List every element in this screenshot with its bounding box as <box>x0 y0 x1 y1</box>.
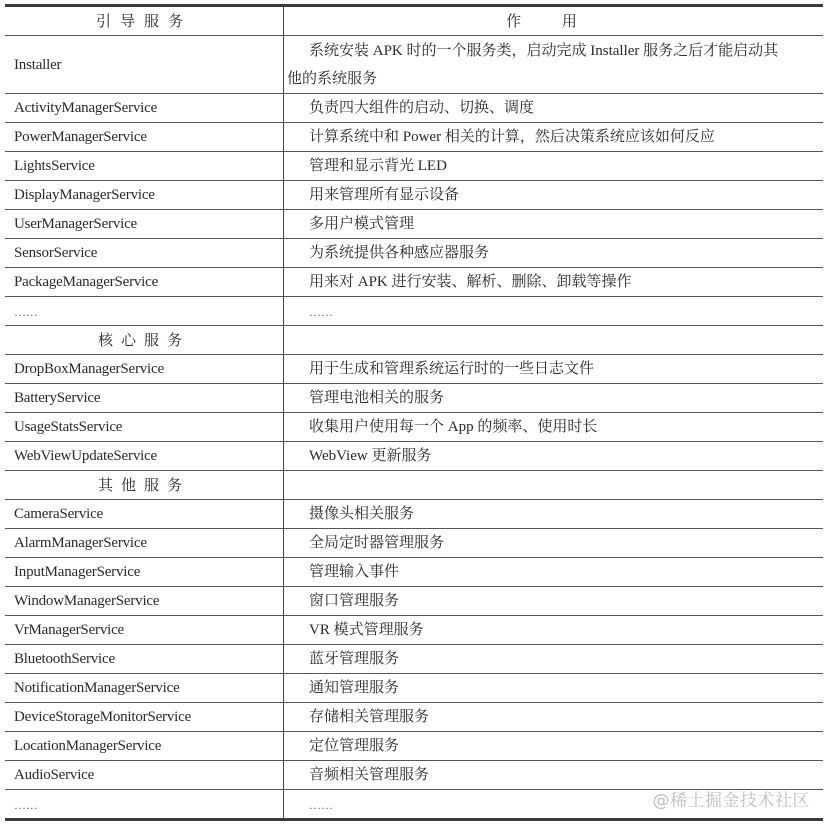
service-name: BatteryService <box>5 384 284 412</box>
table-row-ellipsis: …… …… <box>5 296 823 325</box>
service-description: WebView 更新服务 <box>284 442 823 470</box>
service-name: UserManagerService <box>5 210 284 238</box>
section-title-core-services: 核心服务 <box>5 326 284 354</box>
service-description: 定位管理服务 <box>284 732 823 760</box>
service-description: 管理电池相关的服务 <box>284 384 823 412</box>
table-row: CameraService 摄像头相关服务 <box>5 499 823 528</box>
service-name: WindowManagerService <box>5 587 284 615</box>
service-description: 计算系统中和 Power 相关的计算，然后决策系统应该如何反应 <box>284 123 823 151</box>
service-description: 管理输入事件 <box>284 558 823 586</box>
watermark: @稀土掘金技术社区 <box>653 786 811 811</box>
ellipsis: …… <box>5 790 284 818</box>
service-name: InputManagerService <box>5 558 284 586</box>
service-description: 负责四大组件的启动、切换、调度 <box>284 94 823 122</box>
service-description: 用于生成和管理系统运行时的一些日志文件 <box>284 355 823 383</box>
table-row: AudioService 音频相关管理服务 <box>5 760 823 789</box>
table-header-row: 引导服务 作 用 <box>5 7 823 35</box>
ellipsis: …… <box>5 297 284 325</box>
service-description: 用来管理所有显示设备 <box>284 181 823 209</box>
header-boot-services: 引导服务 <box>5 7 284 35</box>
service-description: VR 模式管理服务 <box>284 616 823 644</box>
table-row: UserManagerService 多用户模式管理 <box>5 209 823 238</box>
service-description: 系统安装 APK 时的一个服务类，启动完成 Installer 服务之后才能启动… <box>284 36 823 93</box>
service-name: NotificationManagerService <box>5 674 284 702</box>
table-row: WindowManagerService 窗口管理服务 <box>5 586 823 615</box>
service-name: PackageManagerService <box>5 268 284 296</box>
table-row: NotificationManagerService 通知管理服务 <box>5 673 823 702</box>
table-row: BatteryService 管理电池相关的服务 <box>5 383 823 412</box>
service-name: VrManagerService <box>5 616 284 644</box>
service-name: ActivityManagerService <box>5 94 284 122</box>
table-row: VrManagerService VR 模式管理服务 <box>5 615 823 644</box>
table-row: UsageStatsService 收集用户使用每一个 App 的频率、使用时长 <box>5 412 823 441</box>
service-description: 音频相关管理服务 <box>284 761 823 789</box>
table-row: BluetoothService 蓝牙管理服务 <box>5 644 823 673</box>
section-title-other-services: 其他服务 <box>5 471 284 499</box>
service-description: 用来对 APK 进行安装、解析、删除、卸载等操作 <box>284 268 823 296</box>
table-row: LightsService 管理和显示背光 LED <box>5 151 823 180</box>
service-name: BluetoothService <box>5 645 284 673</box>
service-name: LightsService <box>5 152 284 180</box>
service-description: 全局定时器管理服务 <box>284 529 823 557</box>
service-name: PowerManagerService <box>5 123 284 151</box>
service-description: 通知管理服务 <box>284 674 823 702</box>
service-name: LocationManagerService <box>5 732 284 760</box>
service-description: 收集用户使用每一个 App 的频率、使用时长 <box>284 413 823 441</box>
section-empty-cell <box>284 471 823 499</box>
section-header-row: 其他服务 <box>5 470 823 499</box>
table-row: DisplayManagerService 用来管理所有显示设备 <box>5 180 823 209</box>
section-empty-cell <box>284 326 823 354</box>
service-name: WebViewUpdateService <box>5 442 284 470</box>
table-row: ActivityManagerService 负责四大组件的启动、切换、调度 <box>5 93 823 122</box>
header-purpose: 作 用 <box>284 7 823 35</box>
service-name: AlarmManagerService <box>5 529 284 557</box>
service-name: DropBoxManagerService <box>5 355 284 383</box>
table-row: DeviceStorageMonitorService 存储相关管理服务 <box>5 702 823 731</box>
service-description: 摄像头相关服务 <box>284 500 823 528</box>
service-description: 存储相关管理服务 <box>284 703 823 731</box>
service-description: 窗口管理服务 <box>284 587 823 615</box>
table-row: AlarmManagerService 全局定时器管理服务 <box>5 528 823 557</box>
system-services-table: 引导服务 作 用 Installer 系统安装 APK 时的一个服务类，启动完成… <box>5 4 823 821</box>
service-name: SensorService <box>5 239 284 267</box>
table-row: WebViewUpdateService WebView 更新服务 <box>5 441 823 470</box>
table-row: DropBoxManagerService 用于生成和管理系统运行时的一些日志文… <box>5 354 823 383</box>
table-row: LocationManagerService 定位管理服务 <box>5 731 823 760</box>
table-row: PowerManagerService 计算系统中和 Power 相关的计算，然… <box>5 122 823 151</box>
service-description: 为系统提供各种感应器服务 <box>284 239 823 267</box>
service-description: 蓝牙管理服务 <box>284 645 823 673</box>
description-line-2: 他的系统服务 <box>284 65 817 93</box>
service-name: DisplayManagerService <box>5 181 284 209</box>
ellipsis: …… <box>284 297 823 325</box>
service-name: UsageStatsService <box>5 413 284 441</box>
service-name: DeviceStorageMonitorService <box>5 703 284 731</box>
section-header-row: 核心服务 <box>5 325 823 354</box>
table-row: InputManagerService 管理输入事件 <box>5 557 823 586</box>
description-line-1: 系统安装 APK 时的一个服务类，启动完成 Installer 服务之后才能启动… <box>284 37 817 65</box>
table-row: SensorService 为系统提供各种感应器服务 <box>5 238 823 267</box>
service-description: 管理和显示背光 LED <box>284 152 823 180</box>
service-name: AudioService <box>5 761 284 789</box>
service-description: 多用户模式管理 <box>284 210 823 238</box>
table-row: Installer 系统安装 APK 时的一个服务类，启动完成 Installe… <box>5 35 823 93</box>
table-row: PackageManagerService 用来对 APK 进行安装、解析、删除… <box>5 267 823 296</box>
service-name: CameraService <box>5 500 284 528</box>
service-name: Installer <box>5 36 284 93</box>
